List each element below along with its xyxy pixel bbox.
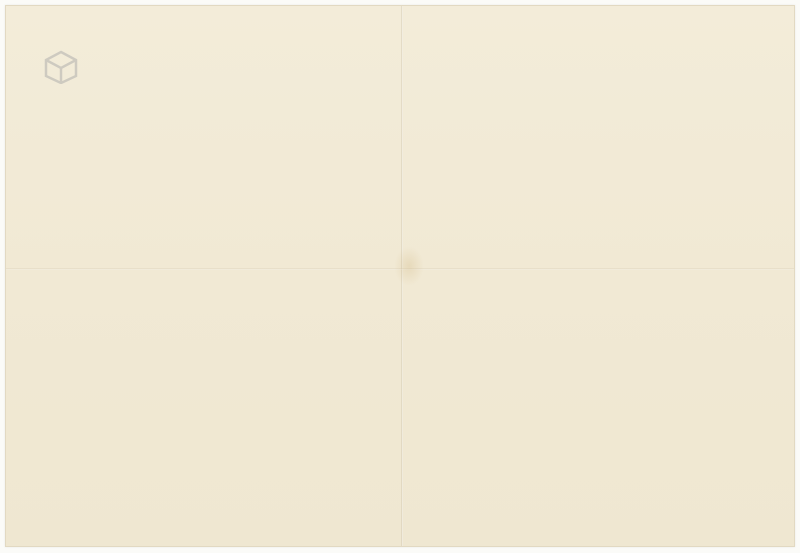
scanned-letter xyxy=(0,0,800,553)
cube-logo-icon xyxy=(44,50,78,84)
kamra-watermark xyxy=(44,36,134,96)
left-page xyxy=(6,6,401,546)
letter-sheet xyxy=(5,5,795,547)
